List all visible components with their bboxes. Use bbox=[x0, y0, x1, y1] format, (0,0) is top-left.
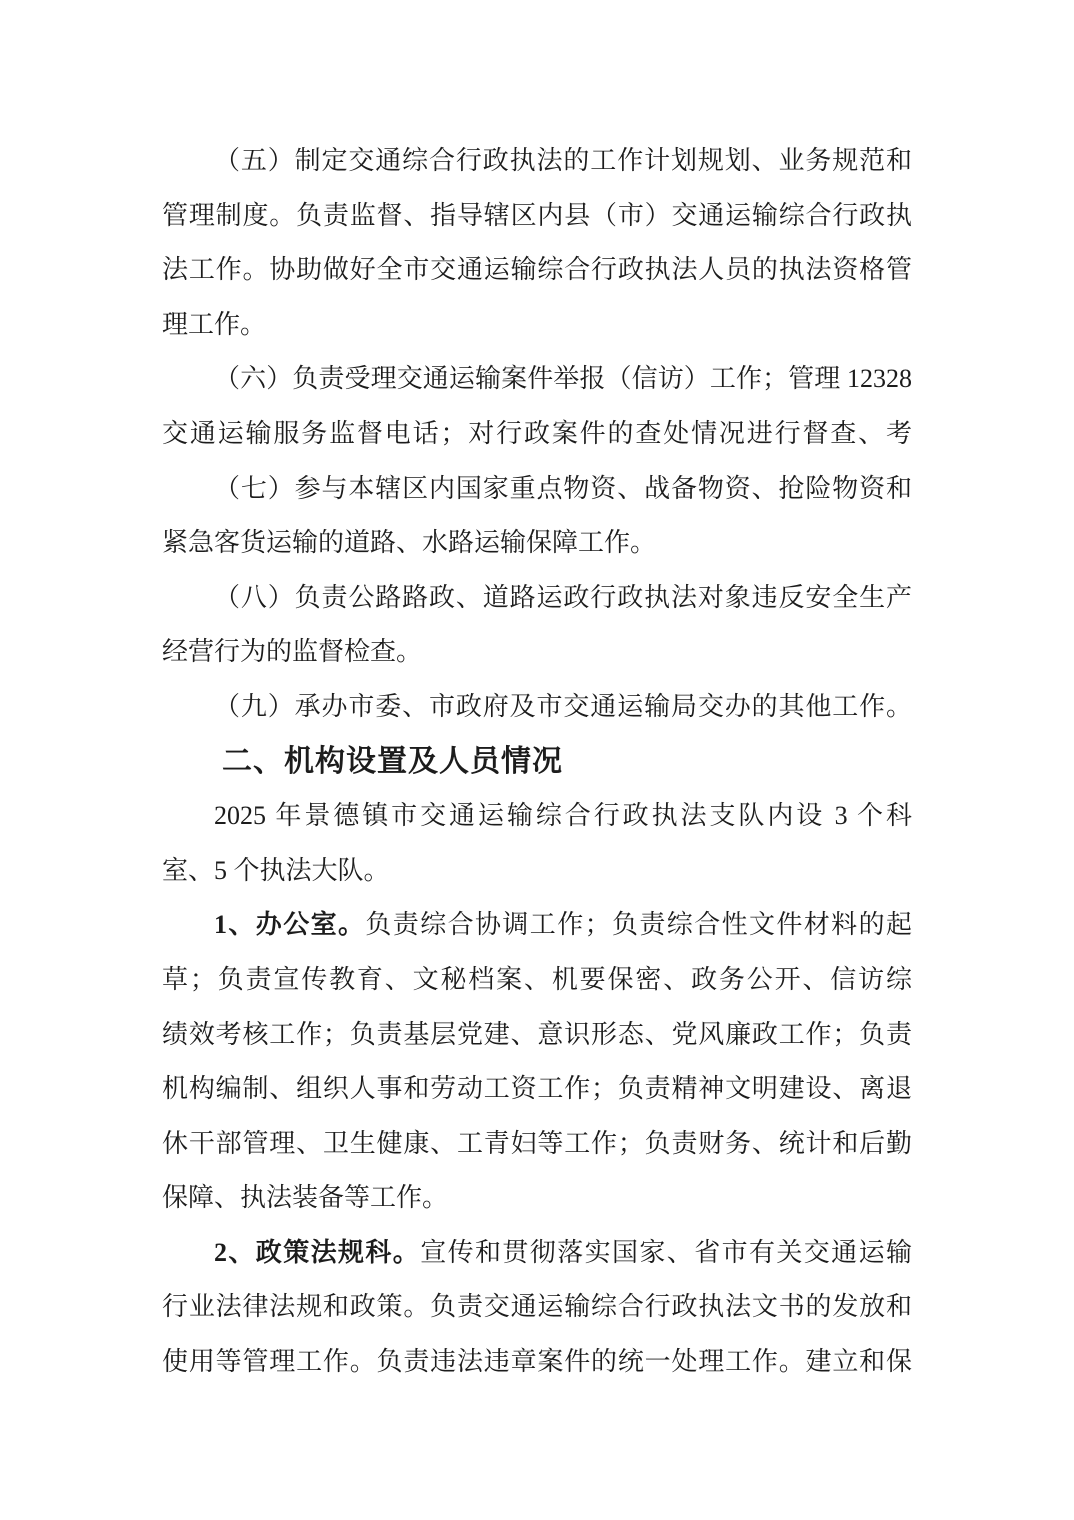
paragraph-clause-7: （七）参与本辖区内国家重点物资、战备物资、抢险物资和 紧急客货运输的道路、水路运… bbox=[162, 462, 912, 571]
doc-line: （五）制定交通综合行政执法的工作计划规划、业务规范和 bbox=[162, 134, 912, 189]
doc-line: 草；负责宣传教育、文秘档案、机要保密、政务公开、信访综治、 bbox=[162, 953, 912, 1008]
clause-text: 宣传和贯彻落实国家、省市有关交通运输 bbox=[420, 1238, 912, 1267]
doc-line: 2025 年景德镇市交通运输综合行政执法支队内设 3 个科 bbox=[162, 789, 912, 844]
doc-line: 经营行为的监督检查。 bbox=[162, 625, 912, 680]
doc-line: 紧急客货运输的道路、水路运输保障工作。 bbox=[162, 516, 912, 571]
document-page: （五）制定交通综合行政执法的工作计划规划、业务规范和 管理制度。负责监督、指导辖… bbox=[0, 0, 1074, 1520]
paragraph-clause-9: （九）承办市委、市政府及市交通运输局交办的其他工作。 bbox=[162, 680, 912, 735]
paragraph-org-overview: 2025 年景德镇市交通运输综合行政执法支队内设 3 个科 室、5 个执法大队。 bbox=[162, 789, 912, 898]
section-heading-text: 二、机构设置及人员情况 bbox=[162, 735, 912, 790]
doc-line: （九）承办市委、市政府及市交通运输局交办的其他工作。 bbox=[162, 680, 912, 735]
paragraph-clause-8: （八）负责公路路政、道路运政行政执法对象违反安全生产 经营行为的监督检查。 bbox=[162, 571, 912, 680]
doc-line: 使用等管理工作。负责违法违章案件的统一处理工作。建立和保 bbox=[162, 1335, 912, 1390]
doc-line: 交通运输服务监督电话；对行政案件的查处情况进行督查、考核。 bbox=[162, 407, 912, 462]
doc-line: 1、办公室。负责综合协调工作；负责综合性文件材料的起 bbox=[162, 898, 912, 953]
doc-line: 机构编制、组织人事和劳动工资工作；负责精神文明建设、离退 bbox=[162, 1062, 912, 1117]
paragraph-office: 1、办公室。负责综合协调工作；负责综合性文件材料的起 草；负责宣传教育、文秘档案… bbox=[162, 898, 912, 1226]
doc-line: （六）负责受理交通运输案件举报（信访）工作；管理 12328 bbox=[162, 352, 912, 407]
doc-line: 绩效考核工作；负责基层党建、意识形态、党风廉政工作；负责 bbox=[162, 1008, 912, 1063]
paragraph-clause-6: （六）负责受理交通运输案件举报（信访）工作；管理 12328 交通运输服务监督电… bbox=[162, 352, 912, 461]
clause-lead-policy: 2、政策法规科。 bbox=[214, 1238, 420, 1267]
doc-line: 行业法律法规和政策。负责交通运输综合行政执法文书的发放和 bbox=[162, 1280, 912, 1335]
paragraph-clause-5: （五）制定交通综合行政执法的工作计划规划、业务规范和 管理制度。负责监督、指导辖… bbox=[162, 134, 912, 352]
clause-text: 负责综合协调工作；负责综合性文件材料的起 bbox=[365, 910, 912, 939]
doc-line: 管理制度。负责监督、指导辖区内县（市）交通运输综合行政执 bbox=[162, 189, 912, 244]
doc-line: （七）参与本辖区内国家重点物资、战备物资、抢险物资和 bbox=[162, 462, 912, 517]
paragraph-policy-law: 2、政策法规科。宣传和贯彻落实国家、省市有关交通运输 行业法律法规和政策。负责交… bbox=[162, 1226, 912, 1390]
doc-line: 2、政策法规科。宣传和贯彻落实国家、省市有关交通运输 bbox=[162, 1226, 912, 1281]
doc-line: 保障、执法装备等工作。 bbox=[162, 1171, 912, 1226]
doc-line: 理工作。 bbox=[162, 298, 912, 353]
document-body: （五）制定交通综合行政执法的工作计划规划、业务规范和 管理制度。负责监督、指导辖… bbox=[162, 134, 912, 1390]
doc-line: 法工作。协助做好全市交通运输综合行政执法人员的执法资格管 bbox=[162, 243, 912, 298]
doc-line: 休干部管理、卫生健康、工青妇等工作；负责财务、统计和后勤 bbox=[162, 1117, 912, 1172]
doc-line: （八）负责公路路政、道路运政行政执法对象违反安全生产 bbox=[162, 571, 912, 626]
section-heading-2: 二、机构设置及人员情况 bbox=[162, 735, 912, 790]
clause-lead-office: 1、办公室。 bbox=[214, 910, 365, 939]
doc-line: 室、5 个执法大队。 bbox=[162, 844, 912, 899]
